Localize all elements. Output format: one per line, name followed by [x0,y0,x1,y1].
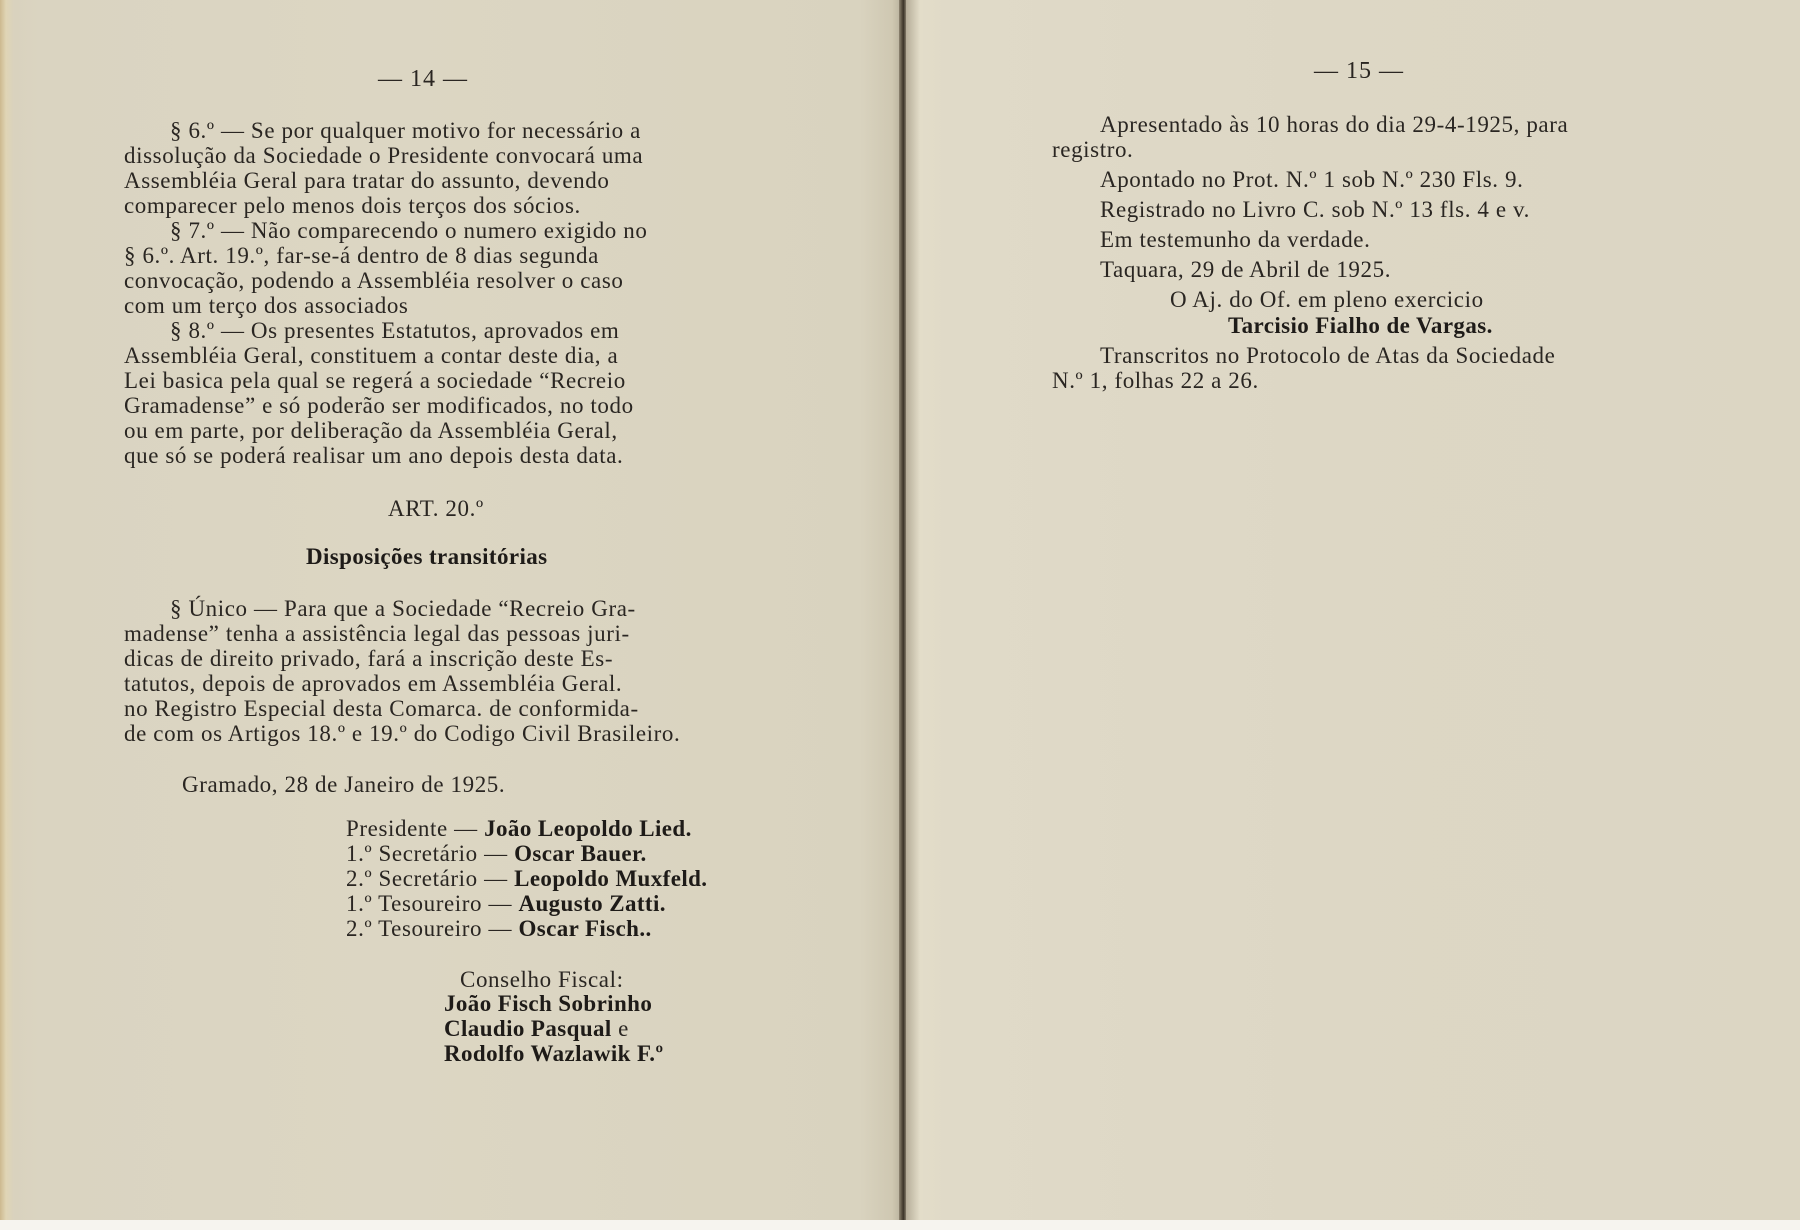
section-7-line-1: § 7.º — Não comparecendo o numero exigid… [170,218,647,244]
board-role: 2.º Secretário — [346,866,508,891]
section-7-line-2: § 6.º. Art. 19.º, far-se-á dentro de 8 d… [124,243,599,269]
transcribed-line-1: Transcritos no Protocolo de Atas da Soci… [1100,343,1555,369]
article-heading: ART. 20.º [388,496,484,522]
section-8-line-1: § 8.º — Os presentes Estatutos, aprovado… [170,318,619,344]
presented-line-2: registro. [1052,137,1133,163]
fiscal-council-label: Conselho Fiscal: [460,967,624,993]
board-name: Oscar Bauer. [514,841,647,866]
section-unico-line-1: § Único — Para que a Sociedade “Recreio … [170,596,636,622]
section-8-line-4: Gramadense” e só poderão ser modificados… [124,393,634,419]
fiscal-council-member-2: Claudio Pasqual e [444,1016,629,1042]
fiscal-council-member-1: João Fisch Sobrinho [444,991,652,1017]
board-name: João Leopoldo Lied. [484,816,692,841]
section-unico-line-6: de com os Artigos 18.º e 19.º do Codigo … [124,721,680,747]
board-role: 2.º Tesoureiro — [346,916,512,941]
board-member-treasurer-2: 2.º Tesoureiro — Oscar Fisch.. [346,916,652,942]
board-member-president: Presidente — João Leopoldo Lied. [346,816,692,842]
section-8-line-3: Lei basica pela qual se regerá a socieda… [124,368,626,394]
section-unico-line-5: no Registro Especial desta Comarca. de c… [124,696,639,722]
section-8-line-6: que só se poderá realisar um ano depois … [124,443,623,469]
scan-bottom-edge [0,1220,1800,1230]
article-subheading: Disposições transitórias [306,544,548,570]
member-name: Rodolfo Wazlawik F.º [444,1041,663,1066]
testimony-line: Em testemunho da verdade. [1100,227,1370,253]
section-6-line-1: § 6.º — Se por qualquer motivo for neces… [170,118,641,144]
section-7-line-3: convocação, podendo a Assembléia resolve… [124,268,624,294]
transcribed-line-2: N.º 1, folhas 22 a 26. [1052,368,1259,394]
presented-line-1: Apresentado às 10 horas do dia 29-4-1925… [1100,112,1568,138]
fiscal-council-member-3: Rodolfo Wazlawik F.º [444,1041,663,1067]
section-unico-line-4: tatutos, depois de aprovados em Assemblé… [124,671,622,697]
noted-line: Apontado no Prot. N.º 1 sob N.º 230 Fls.… [1100,167,1523,193]
section-unico-line-3: dicas de direito privado, fará a inscriç… [124,646,613,672]
registered-line: Registrado no Livro C. sob N.º 13 fls. 4… [1100,197,1530,223]
left-page: — 14 — § 6.º — Se por qualquer motivo fo… [0,0,900,1220]
section-unico-line-2: madense” tenha a assistência legal das p… [124,621,630,647]
left-place-date: Gramado, 28 de Janeiro de 1925. [182,772,505,798]
board-role: 1.º Tesoureiro — [346,891,512,916]
section-8-line-2: Assembléia Geral, constituem a contar de… [124,343,618,369]
book-spread: — 14 — § 6.º — Se por qualquer motivo fo… [0,0,1800,1220]
page-number-14: — 14 — [378,66,468,92]
official-name: Tarcisio Fialho de Vargas. [1228,313,1493,339]
board-role: 1.º Secretário — [346,841,508,866]
page-number-15: — 15 — [1314,58,1404,84]
member-name: João Fisch Sobrinho [444,991,652,1016]
board-name: Leopoldo Muxfeld. [514,866,707,891]
section-6-line-3: Assembléia Geral para tratar do assunto,… [124,168,609,194]
member-name: Claudio Pasqual [444,1016,612,1041]
board-name: Augusto Zatti. [518,891,665,916]
right-place-date: Taquara, 29 de Abril de 1925. [1100,257,1391,283]
section-8-line-5: ou em parte, por deliberação da Assemblé… [124,418,618,444]
section-6-line-2: dissolução da Sociedade o Presidente con… [124,143,643,169]
board-member-secretary-2: 2.º Secretário — Leopoldo Muxfeld. [346,866,707,892]
member-suffix: e [618,1016,629,1041]
board-role: Presidente — [346,816,478,841]
board-member-secretary-1: 1.º Secretário — Oscar Bauer. [346,841,647,867]
board-name: Oscar Fisch.. [518,916,651,941]
board-member-treasurer-1: 1.º Tesoureiro — Augusto Zatti. [346,891,666,917]
right-page: — 15 — Apresentado às 10 horas do dia 29… [906,0,1800,1220]
section-6-line-4: comparecer pelo menos dois terços dos só… [124,193,581,219]
official-title: O Aj. do Of. em pleno exercicio [1170,287,1484,313]
section-7-line-4: com um terço dos associados [124,293,408,319]
